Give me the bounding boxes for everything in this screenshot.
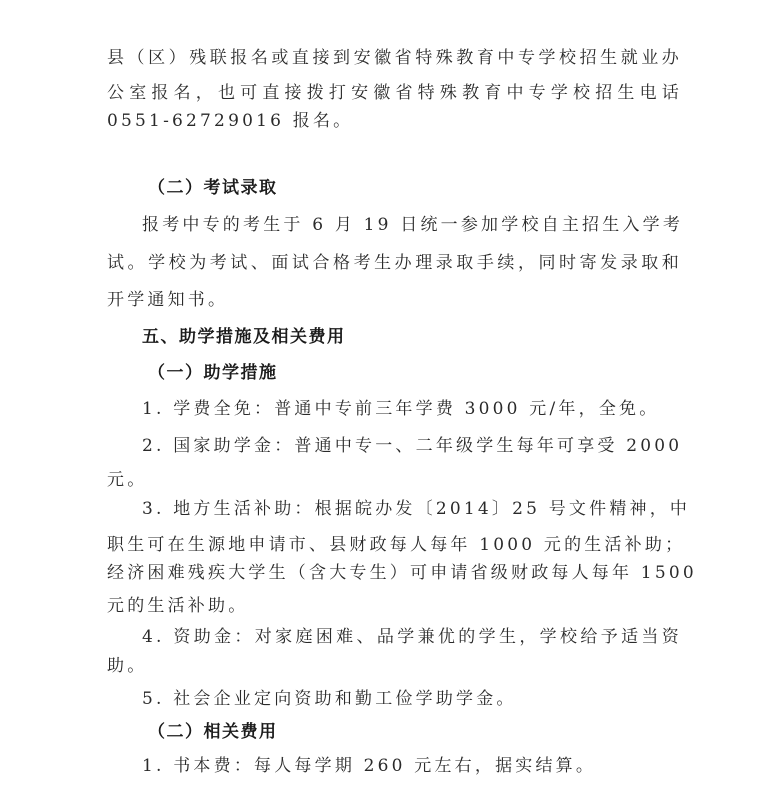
paragraph-line: 开学通知书。 [107,289,682,311]
paragraph-line: 公室报名，也可直接拨打安徽省特殊教育中专学校招生电话 [107,82,682,104]
aid-item-2: 2. 国家助学金：普通中专一、二年级学生每年可享受 2000 [142,435,682,457]
aid-item-3-cont: 经济困难残疾大学生（含大专生）可申请省级财政每人每年 1500 [107,562,682,584]
document-page: 县（区）残联报名或直接到安徽省特殊教育中专学校招生就业办 公室报名，也可直接拨打… [0,0,780,800]
aid-item-4: 4. 资助金：对家庭困难、品学兼优的学生，学校给予适当资 [142,626,682,648]
paragraph-line: 0551-62729016 报名。 [107,110,682,132]
aid-item-5: 5. 社会企业定向资助和勤工俭学助学金。 [142,688,682,710]
paragraph-line: 试。学校为考试、面试合格考生办理录取手续，同时寄发录取和 [107,252,682,274]
aid-item-3-cont: 元的生活补助。 [107,595,682,617]
aid-item-3-cont: 职生可在生源地申请市、县财政每人每年 1000 元的生活补助； [107,534,682,556]
section-heading-exam: （二）考试录取 [148,177,723,199]
aid-item-2-cont: 元。 [107,469,682,491]
aid-item-1: 1. 学费全免：普通中专前三年学费 3000 元/年，全免。 [142,398,682,420]
fee-item-1: 1. 书本费：每人每学期 260 元左右，据实结算。 [142,755,682,777]
paragraph-line: 县（区）残联报名或直接到安徽省特殊教育中专学校招生就业办 [107,47,682,69]
aid-item-3: 3. 地方生活补助：根据皖办发〔2014〕25 号文件精神，中 [142,498,682,520]
aid-item-4-cont: 助。 [107,655,682,677]
subsection-heading-fees: （二）相关费用 [148,721,723,743]
paragraph-line: 报考中专的考生于 6 月 19 日统一参加学校自主招生入学考 [142,214,682,236]
subsection-heading-aid: （一）助学措施 [148,362,723,384]
section-heading-aid-and-fees: 五、助学措施及相关费用 [142,326,717,348]
